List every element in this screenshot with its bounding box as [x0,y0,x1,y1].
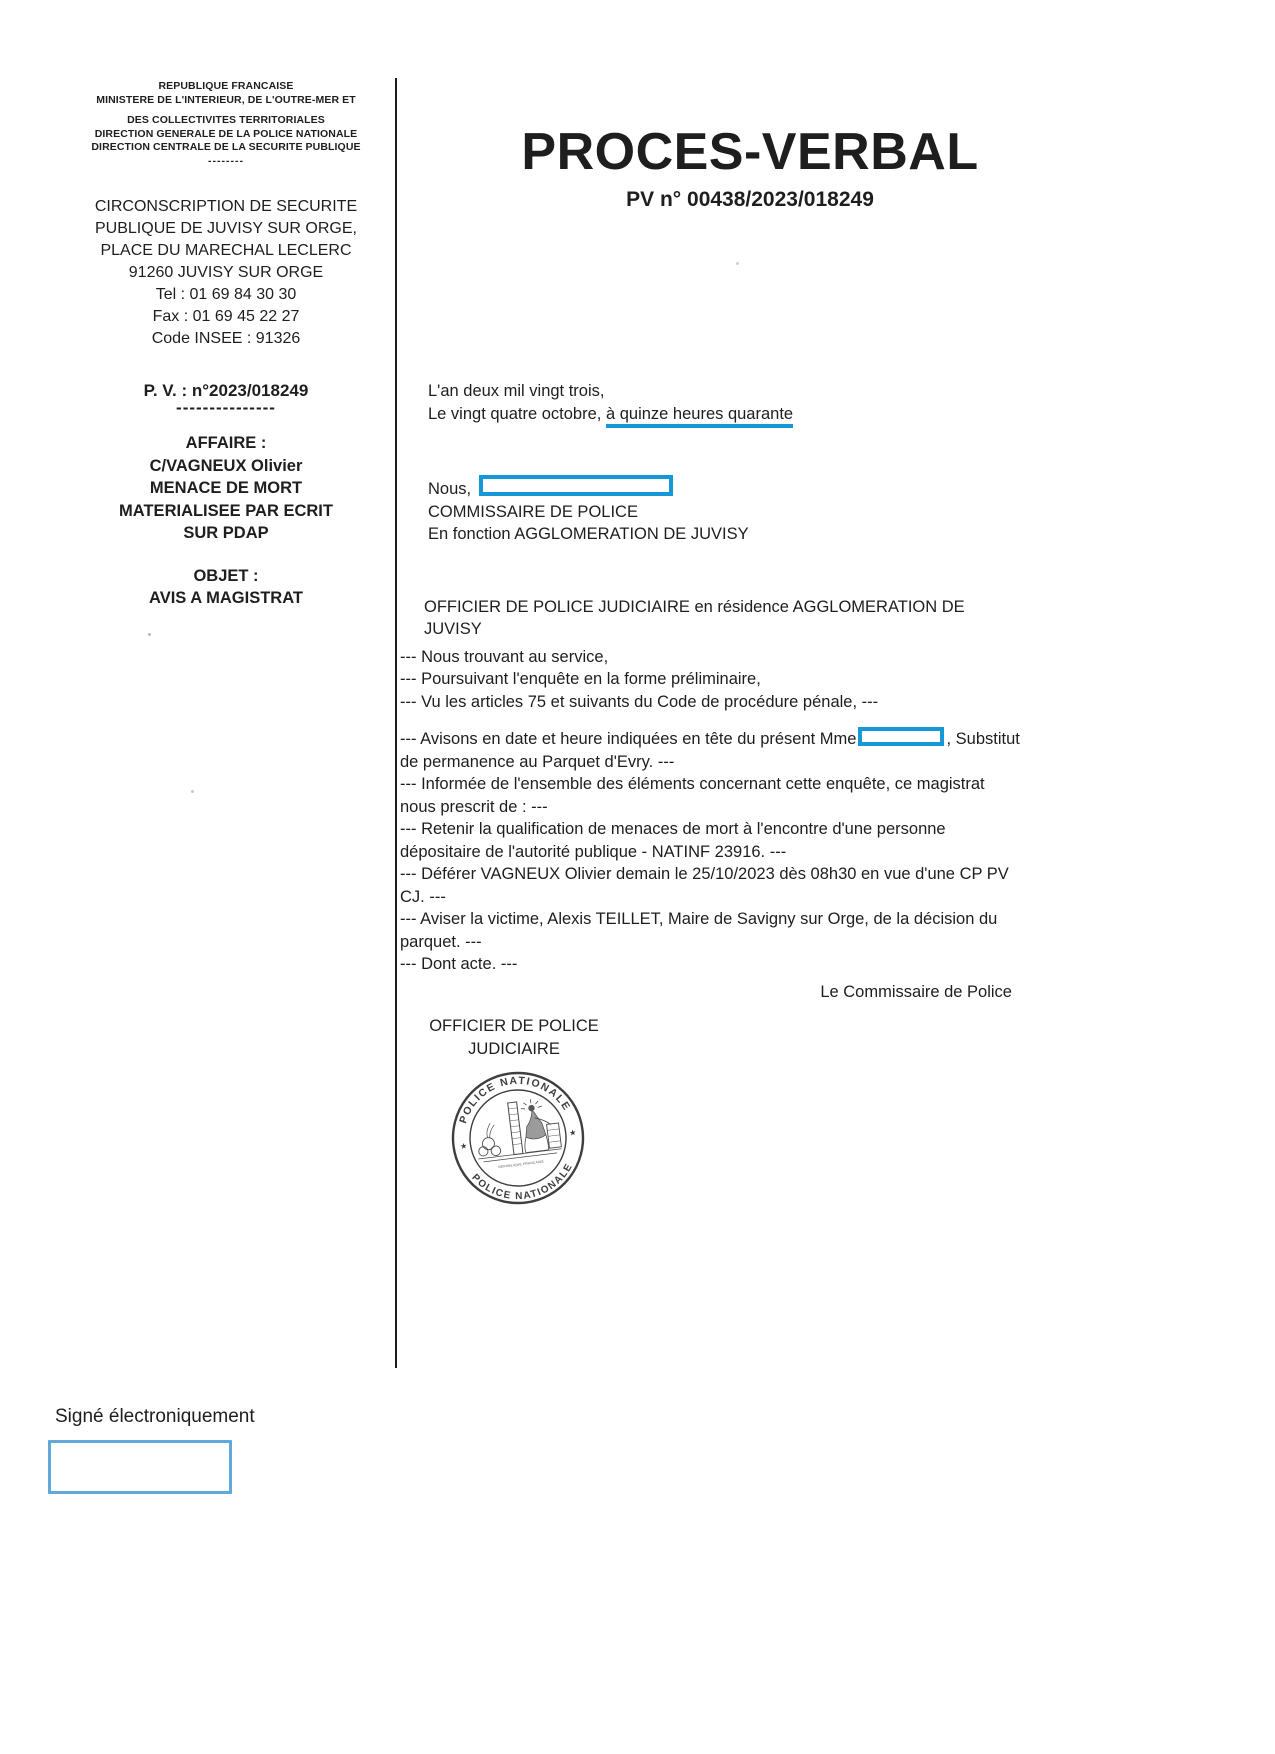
objet-block: OBJET : AVIS A MAGISTRAT [60,565,392,610]
body-line: --- Dont acte. --- [400,953,1060,976]
title-block: PROCES-VERBAL PV n° 00438/2023/018249 [430,122,1070,212]
date-line: Le vingt quatre octobre, à quinze heures… [400,403,1060,426]
body-line: --- Aviser la victime, Alexis TEILLET, M… [400,908,1060,931]
commissaire-signature-label: Le Commissaire de Police [400,981,1060,1004]
police-nationale-stamp: POLICE NATIONALE POLICE NATIONALE ★ ★ [448,1068,588,1208]
date-text: Le vingt quatre octobre, [428,405,606,423]
ministry-line: MINISTERE DE L'INTERIEUR, DE L'OUTRE-MER… [60,94,392,108]
address-line: 91260 JUVISY SUR ORGE [60,262,392,284]
ministry-line: REPUBLIQUE FRANCAISE [60,80,392,94]
electronic-signature-box [48,1440,232,1494]
address-line: PLACE DU MARECHAL LECLERC [60,240,392,262]
scan-speck [736,262,739,265]
ministry-line: DIRECTION GENERALE DE LA POLICE NATIONAL… [60,128,392,142]
redaction-box-officer-name [479,475,673,496]
body-line: dépositaire de l'autorité publique - NAT… [400,841,1060,864]
nous-label: Nous, [428,480,471,498]
avisons-line: --- Avisons en date et heure indiquées e… [400,727,1060,751]
insee-line: Code INSEE : 91326 [60,328,392,350]
objet-label: OBJET : [60,565,392,588]
redaction-box-magistrate-name [858,727,944,746]
opj-line: JUVISY [400,618,1060,641]
body-line: --- Informée de l'ensemble des éléments … [400,773,1060,796]
phone-line: Tel : 01 69 84 30 30 [60,284,392,306]
vertical-divider [395,78,397,1368]
fax-line: Fax : 01 69 45 22 27 [60,306,392,328]
body-line: CJ. --- [400,886,1060,909]
statement-group: --- Nous trouvant au service, --- Poursu… [400,646,1060,714]
separator-dashes: -------- [60,155,392,169]
affaire-line: MATERIALISEE PAR ECRIT [60,500,392,523]
svg-text:POLICE NATIONALE: POLICE NATIONALE [452,1068,573,1126]
affaire-line: MENACE DE MORT [60,477,392,500]
station-address-block: CIRCONSCRIPTION DE SECURITE PUBLIQUE DE … [60,196,392,350]
opj-signature-line: JUDICIAIRE [414,1038,614,1061]
address-line: PUBLIQUE DE JUVISY SUR ORGE, [60,218,392,240]
address-line: CIRCONSCRIPTION DE SECURITE [60,196,392,218]
affaire-block: AFFAIRE : C/VAGNEUX Olivier MENACE DE MO… [60,432,392,545]
signed-electronically-label: Signé électroniquement [55,1406,255,1428]
marianne-figure [472,1096,562,1162]
body-line: --- Retenir la qualification de menaces … [400,818,1060,841]
fonction-line: En fonction AGGLOMERATION DE JUVISY [400,523,1060,546]
body-line: --- Poursuivant l'enquête en la forme pr… [400,668,1060,691]
svg-text:POLICE NATIONALE: POLICE NATIONALE [469,1160,579,1208]
stamp-center-small-text: REPUBLIQUE FRANCAISE [498,1160,544,1170]
body-line: nous prescrit de : --- [400,796,1060,819]
stamp-arc-top-text: POLICE NATIONALE [452,1068,573,1126]
date-line: L'an deux mil vingt trois, [400,380,1060,403]
scan-speck [148,633,151,636]
officer-line: Nous, [400,475,1060,501]
stamp-arc-bottom-text: POLICE NATIONALE [469,1160,579,1208]
rank-line: COMMISSAIRE DE POLICE [400,501,1060,524]
document-page: REPUBLIQUE FRANCAISE MINISTERE DE L'INTE… [0,0,1275,1754]
affaire-line: C/VAGNEUX Olivier [60,455,392,478]
scan-speck [191,790,194,793]
ministry-line: DES COLLECTIVITES TERRITORIALES [60,114,392,128]
body-line: --- Vu les articles 75 et suivants du Co… [400,691,1060,714]
body-line: --- Déférer VAGNEUX Olivier demain le 25… [400,863,1060,886]
avisons-suffix: , Substitut [946,730,1019,748]
opj-signature-label: OFFICIER DE POLICE JUDICIAIRE [414,1015,614,1060]
body-line: de permanence au Parquet d'Evry. --- [400,751,1060,774]
pv-number-block: P. V. : n°2023/018249 --------------- [60,380,392,414]
affaire-label: AFFAIRE : [60,432,392,455]
body-line: --- Nous trouvant au service, [400,646,1060,669]
affaire-line: SUR PDAP [60,522,392,545]
ministry-block: REPUBLIQUE FRANCAISE MINISTERE DE L'INTE… [60,80,392,168]
stamp-star-right-icon: ★ [569,1128,577,1138]
statement-group: de permanence au Parquet d'Evry. --- ---… [400,751,1060,976]
body-text: L'an deux mil vingt trois, Le vingt quat… [400,380,1060,1060]
stamp-star-left-icon: ★ [459,1141,467,1151]
opj-signature-line: OFFICIER DE POLICE [414,1015,614,1038]
document-title: PROCES-VERBAL [430,122,1070,182]
body-line: parquet. --- [400,931,1060,954]
time-underlined: à quinze heures quarante [606,405,793,428]
letterhead: REPUBLIQUE FRANCAISE MINISTERE DE L'INTE… [60,80,392,610]
avisons-text: --- Avisons en date et heure indiquées e… [400,730,856,748]
separator-dashes: --------------- [60,402,392,414]
pv-full-number: PV n° 00438/2023/018249 [430,188,1070,212]
opj-line: OFFICIER DE POLICE JUDICIAIRE en résiden… [400,596,1060,619]
objet-value: AVIS A MAGISTRAT [60,587,392,610]
ministry-line: DIRECTION CENTRALE DE LA SECURITE PUBLIQ… [60,141,392,155]
stamp-seal-svg: POLICE NATIONALE POLICE NATIONALE ★ ★ [448,1068,588,1208]
